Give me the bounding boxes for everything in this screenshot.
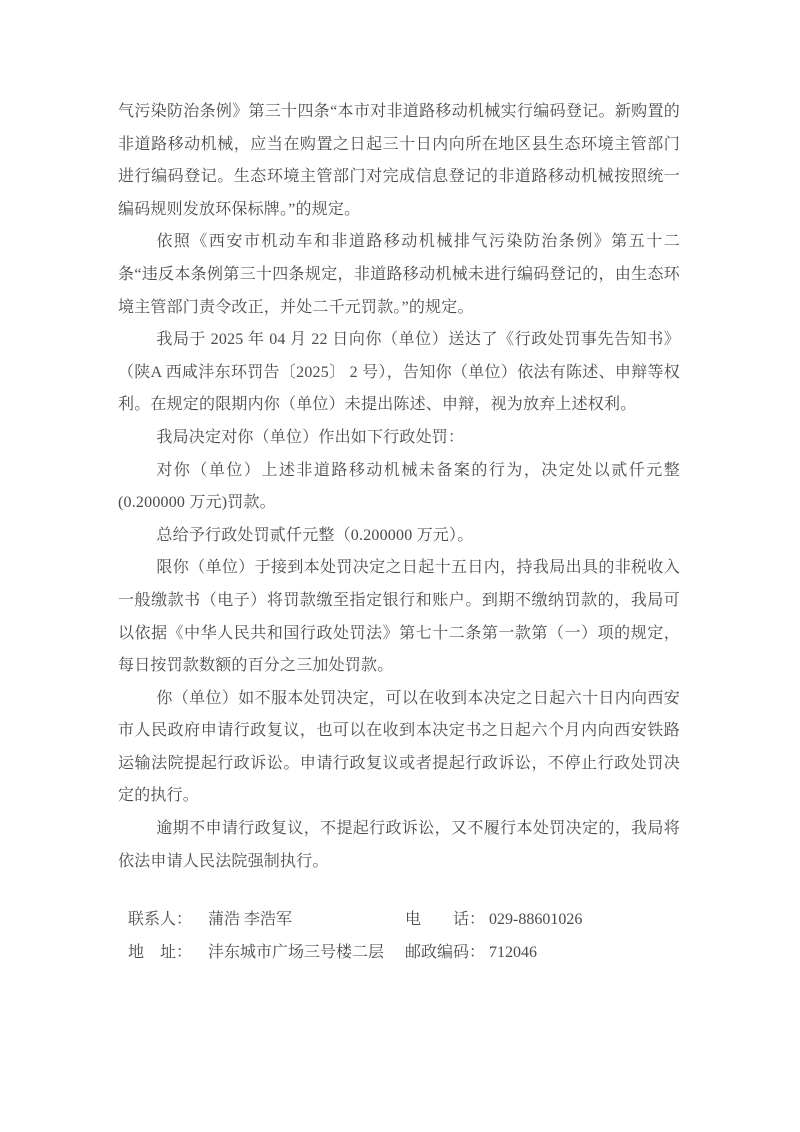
phone-value: 029-88601026 xyxy=(489,904,582,937)
contact-address: 地 址： 沣东城市广场三号楼二层 xyxy=(128,937,405,970)
postal-code-value: 712046 xyxy=(489,937,537,970)
document-body-text: 气污染防治条例》第三十四条“本市对非道路移动机械实行编码登记。新购置的非道路移动… xyxy=(118,96,680,878)
contact-row-2: 地 址： 沣东城市广场三号楼二层 邮政编码： 712046 xyxy=(128,937,748,970)
paragraph-enforcement: 逾期不申请行政复议，不提起行政诉讼，又不履行本处罚决定的，我局将依法申请人民法院… xyxy=(118,813,680,878)
paragraph-prior-notice: 我局于 2025 年 04 月 22 日向你（单位）送达了《行政处罚事先告知书》… xyxy=(118,324,680,422)
address-label: 地 址： xyxy=(128,937,208,970)
paragraph-regulation-article-52: 依照《西安市机动车和非道路移动机械排气污染防治条例》第五十二条“违反本条例第三十… xyxy=(118,226,680,324)
paragraph-payment-terms: 限你（单位）于接到本处罚决定之日起十五日内，持我局出具的非税收入一般缴款书（电子… xyxy=(118,552,680,682)
paragraph-regulation-article-34: 气污染防治条例》第三十四条“本市对非道路移动机械实行编码登记。新购置的非道路移动… xyxy=(118,96,680,226)
document-page: 气污染防治条例》第三十四条“本市对非道路移动机械实行编码登记。新购置的非道路移动… xyxy=(0,0,800,1132)
contact-block: 联系人： 蒲浩 李浩军 电 话： 029-88601026 地 址： 沣东城市广… xyxy=(128,904,748,969)
paragraph-appeal-rights: 你（单位）如不服本处罚决定，可以在收到本决定之日起六十日内向西安市人民政府申请行… xyxy=(118,683,680,813)
paragraph-fine-total: 总给予行政处罚贰仟元整（0.200000 万元）。 xyxy=(118,520,680,553)
contact-person-value: 蒲浩 李浩军 xyxy=(208,904,292,937)
contact-person-label: 联系人： xyxy=(128,904,208,937)
contact-postal-code: 邮政编码： 712046 xyxy=(405,937,537,970)
paragraph-decision-intro: 我局决定对你（单位）作出如下行政处罚： xyxy=(118,422,680,455)
postal-code-label: 邮政编码： xyxy=(405,937,489,970)
address-value: 沣东城市广场三号楼二层 xyxy=(208,937,384,970)
contact-person: 联系人： 蒲浩 李浩军 xyxy=(128,904,405,937)
contact-phone: 电 话： 029-88601026 xyxy=(405,904,582,937)
contact-row-1: 联系人： 蒲浩 李浩军 电 话： 029-88601026 xyxy=(128,904,748,937)
phone-label: 电 话： xyxy=(405,904,489,937)
paragraph-fine-decision: 对你（单位）上述非道路移动机械未备案的行为，决定处以贰仟元整(0.200000 … xyxy=(118,455,680,520)
